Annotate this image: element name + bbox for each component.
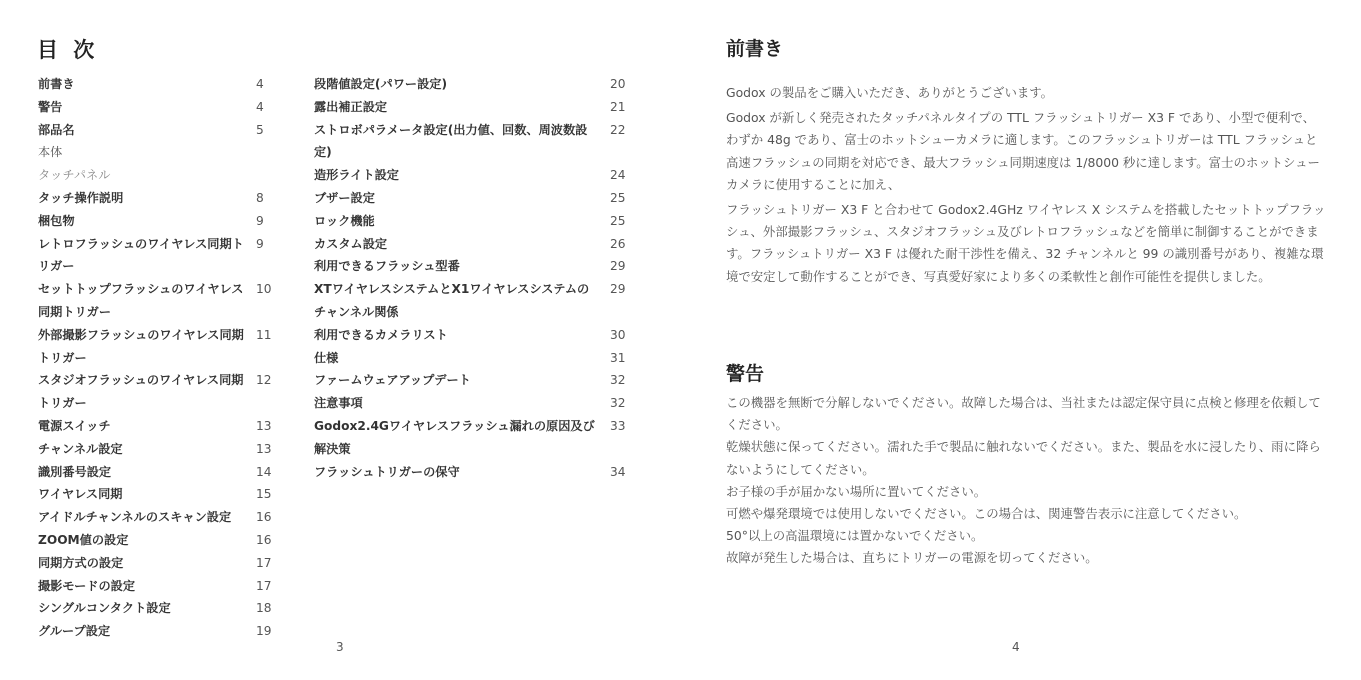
toc-entry[interactable]: レトロフラッシュのワイヤレス同期トリガー9 bbox=[38, 233, 274, 279]
toc-entry-page: 15 bbox=[256, 483, 274, 506]
warning-item: 50°以上の高温環境には置かないでください。 bbox=[726, 525, 1326, 547]
toc-entry-page: 20 bbox=[610, 73, 628, 96]
toc-entry-label: スタジオフラッシュのワイヤレス同期トリガー bbox=[38, 369, 256, 415]
toc-entry[interactable]: XTワイヤレスシステムとX1ワイヤレスシステムのチャンネル関係29 bbox=[314, 278, 628, 324]
toc-entry[interactable]: カスタム設定26 bbox=[314, 233, 628, 256]
toc-entry-page: 4 bbox=[256, 73, 274, 96]
toc-entry-page: 16 bbox=[256, 506, 274, 529]
warning-body: この機器を無断で分解しないでください。故障した場合は、当社または認定保守員に点検… bbox=[726, 392, 1326, 570]
toc-entry-page: 9 bbox=[256, 210, 274, 233]
toc-title: 目 次 bbox=[37, 34, 98, 64]
toc-entry[interactable]: シングルコンタクト設定18 bbox=[38, 597, 274, 620]
toc-entry[interactable]: フラッシュトリガーの保守34 bbox=[314, 461, 628, 484]
toc-column-2: 段階値設定(パワー設定)20露出補正設定21ストロボパラメータ設定(出力値、回数… bbox=[314, 73, 628, 483]
toc-entry-page: 17 bbox=[256, 552, 274, 575]
toc-entry[interactable]: タッチ操作説明8 bbox=[38, 187, 274, 210]
toc-entry-label: 撮影モードの設定 bbox=[38, 575, 256, 598]
toc-entry[interactable]: 造形ライト設定24 bbox=[314, 164, 628, 187]
toc-entry-page: 25 bbox=[610, 210, 628, 233]
toc-entry[interactable]: 利用できるカメラリスト30 bbox=[314, 324, 628, 347]
toc-entry-label: XTワイヤレスシステムとX1ワイヤレスシステムのチャンネル関係 bbox=[314, 278, 610, 324]
toc-entry[interactable]: 外部撮影フラッシュのワイヤレス同期トリガー11 bbox=[38, 324, 274, 370]
toc-entry-label: 段階値設定(パワー設定) bbox=[314, 73, 610, 96]
toc-entry-label: フラッシュトリガーの保守 bbox=[314, 461, 610, 484]
toc-entry-label: ZOOM値の設定 bbox=[38, 529, 256, 552]
toc-entry-label: グループ設定 bbox=[38, 620, 256, 643]
warning-item: この機器を無断で分解しないでください。故障した場合は、当社または認定保守員に点検… bbox=[726, 392, 1326, 436]
toc-entry[interactable]: アイドルチャンネルのスキャン設定16 bbox=[38, 506, 274, 529]
toc-entry-label: 部品名 bbox=[38, 119, 256, 142]
page-number: 3 bbox=[336, 640, 344, 654]
toc-entry-label: タッチ操作説明 bbox=[38, 187, 256, 210]
toc-entry-page: 24 bbox=[610, 164, 628, 187]
preface-body: Godox の製品をご購入いただき、ありがとうございます。 Godox が新しく… bbox=[726, 82, 1326, 291]
toc-entry-page: 21 bbox=[610, 96, 628, 119]
toc-entry-label: ブザー設定 bbox=[314, 187, 610, 210]
toc-entry[interactable]: ブザー設定25 bbox=[314, 187, 628, 210]
toc-entry-label: ロック機能 bbox=[314, 210, 610, 233]
toc-entry-label: ワイヤレス同期 bbox=[38, 483, 256, 506]
toc-entry[interactable]: 警告4 bbox=[38, 96, 274, 119]
toc-entry-label: 利用できるフラッシュ型番 bbox=[314, 255, 610, 278]
toc-entry-label: 同期方式の設定 bbox=[38, 552, 256, 575]
toc-entry-page: 29 bbox=[610, 278, 628, 301]
toc-entry-label: セットトップフラッシュのワイヤレス同期トリガー bbox=[38, 278, 256, 324]
toc-entry-label: 識別番号設定 bbox=[38, 461, 256, 484]
toc-entry[interactable]: ストロボパラメータ設定(出力値、回数、周波数設定)22 bbox=[314, 119, 628, 165]
toc-entry[interactable]: 本体 bbox=[38, 141, 274, 164]
toc-entry[interactable]: 撮影モードの設定17 bbox=[38, 575, 274, 598]
toc-entry[interactable]: 部品名5 bbox=[38, 119, 274, 142]
warning-heading: 警告 bbox=[726, 359, 764, 386]
toc-entry-label: 造形ライト設定 bbox=[314, 164, 610, 187]
toc-entry-label: カスタム設定 bbox=[314, 233, 610, 256]
toc-entry[interactable]: 電源スイッチ13 bbox=[38, 415, 274, 438]
toc-entry-page: 18 bbox=[256, 597, 274, 620]
preface-heading: 前書き bbox=[726, 34, 783, 61]
left-page: 目 次 前書き4警告4部品名5本体タッチパネルタッチ操作説明8梱包物9レトロフラ… bbox=[0, 0, 680, 680]
toc-entry-label: チャンネル設定 bbox=[38, 438, 256, 461]
toc-entry-page: 25 bbox=[610, 187, 628, 210]
toc-column-1: 前書き4警告4部品名5本体タッチパネルタッチ操作説明8梱包物9レトロフラッシュの… bbox=[38, 73, 274, 643]
toc-entry-label: ストロボパラメータ設定(出力値、回数、周波数設定) bbox=[314, 119, 610, 165]
toc-entry-label: アイドルチャンネルのスキャン設定 bbox=[38, 506, 256, 529]
toc-entry-page: 10 bbox=[256, 278, 274, 301]
page-number: 4 bbox=[1012, 640, 1020, 654]
toc-entry-page: 11 bbox=[256, 324, 274, 347]
toc-entry-page: 32 bbox=[610, 392, 628, 415]
toc-entry[interactable]: チャンネル設定13 bbox=[38, 438, 274, 461]
toc-entry[interactable]: 注意事項32 bbox=[314, 392, 628, 415]
toc-entry[interactable]: 梱包物9 bbox=[38, 210, 274, 233]
warning-item: 乾燥状態に保ってください。濡れた手で製品に触れないでください。また、製品を水に浸… bbox=[726, 436, 1326, 480]
toc-entry[interactable]: 識別番号設定14 bbox=[38, 461, 274, 484]
toc-entry-page: 14 bbox=[256, 461, 274, 484]
toc-entry[interactable]: タッチパネル bbox=[38, 164, 274, 187]
toc-entry-page: 33 bbox=[610, 415, 628, 438]
toc-entry-page: 17 bbox=[256, 575, 274, 598]
toc-entry-label: 仕様 bbox=[314, 347, 610, 370]
toc-entry-page: 13 bbox=[256, 415, 274, 438]
toc-entry[interactable]: 露出補正設定21 bbox=[314, 96, 628, 119]
toc-entry-label: 電源スイッチ bbox=[38, 415, 256, 438]
toc-entry-page: 29 bbox=[610, 255, 628, 278]
preface-paragraph: Godox が新しく発売されたタッチパネルタイプの TTL フラッシュトリガー … bbox=[726, 107, 1326, 196]
toc-entry-label: レトロフラッシュのワイヤレス同期トリガー bbox=[38, 233, 256, 279]
toc-entry-label: 前書き bbox=[38, 73, 256, 96]
toc-entry[interactable]: 利用できるフラッシュ型番29 bbox=[314, 255, 628, 278]
toc-entry-page: 13 bbox=[256, 438, 274, 461]
toc-entry[interactable]: ロック機能25 bbox=[314, 210, 628, 233]
warning-item: 故障が発生した場合は、直ちにトリガーの電源を切ってください。 bbox=[726, 547, 1326, 569]
toc-entry-page: 32 bbox=[610, 369, 628, 392]
warning-item: 可燃や爆発環境では使用しないでください。この場合は、関連警告表示に注意してくださ… bbox=[726, 503, 1326, 525]
toc-entry-label: Godox2.4Gワイヤレスフラッシュ漏れの原因及び解決策 bbox=[314, 415, 610, 461]
toc-entry[interactable]: 仕様31 bbox=[314, 347, 628, 370]
right-page: 前書き Godox の製品をご購入いただき、ありがとうございます。 Godox … bbox=[680, 0, 1361, 680]
preface-paragraph: フラッシュトリガー X3 F と合わせて Godox2.4GHz ワイヤレス X… bbox=[726, 199, 1326, 288]
toc-entry[interactable]: Godox2.4Gワイヤレスフラッシュ漏れの原因及び解決策33 bbox=[314, 415, 628, 461]
toc-entry-page: 8 bbox=[256, 187, 274, 210]
toc-entry-page: 12 bbox=[256, 369, 274, 392]
toc-entry[interactable]: 同期方式の設定17 bbox=[38, 552, 274, 575]
toc-entry-label: 利用できるカメラリスト bbox=[314, 324, 610, 347]
toc-entry-label: ファームウェアアップデート bbox=[314, 369, 610, 392]
toc-entry-label: 外部撮影フラッシュのワイヤレス同期トリガー bbox=[38, 324, 256, 370]
toc-entry-page: 22 bbox=[610, 119, 628, 142]
toc-entry[interactable]: ZOOM値の設定16 bbox=[38, 529, 274, 552]
toc-entry-page: 34 bbox=[610, 461, 628, 484]
toc-entry-label: 本体 bbox=[38, 141, 256, 164]
toc-entry[interactable]: ワイヤレス同期15 bbox=[38, 483, 274, 506]
toc-entry[interactable]: 段階値設定(パワー設定)20 bbox=[314, 73, 628, 96]
toc-entry[interactable]: スタジオフラッシュのワイヤレス同期トリガー12 bbox=[38, 369, 274, 415]
toc-entry[interactable]: ファームウェアアップデート32 bbox=[314, 369, 628, 392]
toc-entry[interactable]: 前書き4 bbox=[38, 73, 274, 96]
toc-entry-label: タッチパネル bbox=[38, 164, 256, 187]
warning-item: お子様の手が届かない場所に置いてください。 bbox=[726, 481, 1326, 503]
toc-entry[interactable]: グループ設定19 bbox=[38, 620, 274, 643]
toc-entry-page: 31 bbox=[610, 347, 628, 370]
toc-entry-label: 梱包物 bbox=[38, 210, 256, 233]
toc-entry-label: 露出補正設定 bbox=[314, 96, 610, 119]
toc-entry[interactable]: セットトップフラッシュのワイヤレス同期トリガー10 bbox=[38, 278, 274, 324]
preface-paragraph: Godox の製品をご購入いただき、ありがとうございます。 bbox=[726, 82, 1326, 104]
toc-entry-page: 5 bbox=[256, 119, 274, 142]
toc-entry-page: 16 bbox=[256, 529, 274, 552]
toc-entry-page: 26 bbox=[610, 233, 628, 256]
toc-entry-page: 19 bbox=[256, 620, 274, 643]
toc-entry-page: 30 bbox=[610, 324, 628, 347]
toc-entry-label: 警告 bbox=[38, 96, 256, 119]
toc-entry-label: 注意事項 bbox=[314, 392, 610, 415]
toc-entry-label: シングルコンタクト設定 bbox=[38, 597, 256, 620]
toc-entry-page: 9 bbox=[256, 233, 274, 256]
toc-entry-page: 4 bbox=[256, 96, 274, 119]
